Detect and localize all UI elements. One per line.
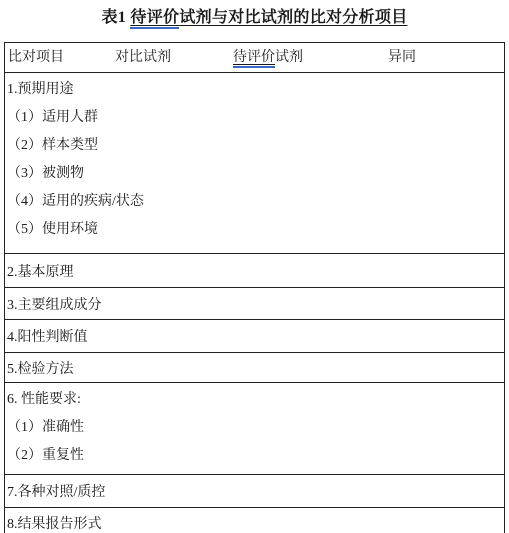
table-row-controls-qc: 7.各种对照/质控 <box>5 474 504 507</box>
row-line: （1）适用人群 <box>7 104 504 132</box>
header-col-comparator-reagent: 对比试剂 <box>115 43 171 72</box>
spellcheck-marked-text: 待评价 <box>233 50 275 68</box>
table-header-row: 比对项目 对比试剂 待评价试剂 异同 <box>5 43 504 72</box>
row-line: 7.各种对照/质控 <box>7 481 105 501</box>
table-row-positive-cutoff: 4.阳性判断值 <box>5 319 504 352</box>
row-line: 2.基本原理 <box>7 261 74 281</box>
row-line: （2）样本类型 <box>7 132 504 160</box>
row-line: 8.结果报告形式 <box>7 513 102 533</box>
row-line: （4）适用的疾病/状态 <box>7 188 504 216</box>
row-line: 1.预期用途 <box>7 76 504 104</box>
spellcheck-marked-text: 待评价 <box>130 9 179 29</box>
header-col-comparison-item: 比对项目 <box>8 43 64 72</box>
comparison-table: 比对项目 对比试剂 待评价试剂 异同 1.预期用途 （1）适用人群 （2）样本类… <box>4 42 505 533</box>
row-line: 3.主要组成成分 <box>7 294 102 314</box>
row-line: 6. 性能要求: <box>7 386 504 414</box>
header-col-evaluated-reagent-rest: 试剂 <box>275 50 303 65</box>
document-page: 表1 待评价试剂与对比试剂的比对分析项目 比对项目 对比试剂 待评价试剂 异同 … <box>0 7 509 533</box>
header-col-difference: 异同 <box>388 43 416 72</box>
table-row-result-report-format: 8.结果报告形式 <box>5 507 504 533</box>
table-caption-title-rest: 试剂与对比试剂的比对分析项目 <box>179 9 407 26</box>
table-row-test-method: 5.检验方法 <box>5 352 504 382</box>
row-line: （3）被测物 <box>7 160 504 188</box>
row-line: （2）重复性 <box>7 442 504 470</box>
table-caption-number: 表1 <box>101 9 130 26</box>
table-row-performance-requirements: 6. 性能要求: （1）准确性 （2）重复性 <box>5 382 504 474</box>
table-caption-title: 待评价试剂与对比试剂的比对分析项目 <box>130 9 407 29</box>
table-row-main-components: 3.主要组成成分 <box>5 287 504 319</box>
header-col-evaluated-reagent: 待评价试剂 <box>233 43 303 72</box>
table-caption: 表1 待评价试剂与对比试剂的比对分析项目 <box>0 7 509 29</box>
row-line: 4.阳性判断值 <box>7 326 88 346</box>
row-line: 5.检验方法 <box>7 358 74 378</box>
table-row-basic-principle: 2.基本原理 <box>5 253 504 287</box>
row-line: （5）使用环境 <box>7 216 504 244</box>
table-row-intended-use: 1.预期用途 （1）适用人群 （2）样本类型 （3）被测物 （4）适用的疾病/状… <box>5 72 504 253</box>
row-line: （1）准确性 <box>7 414 504 442</box>
